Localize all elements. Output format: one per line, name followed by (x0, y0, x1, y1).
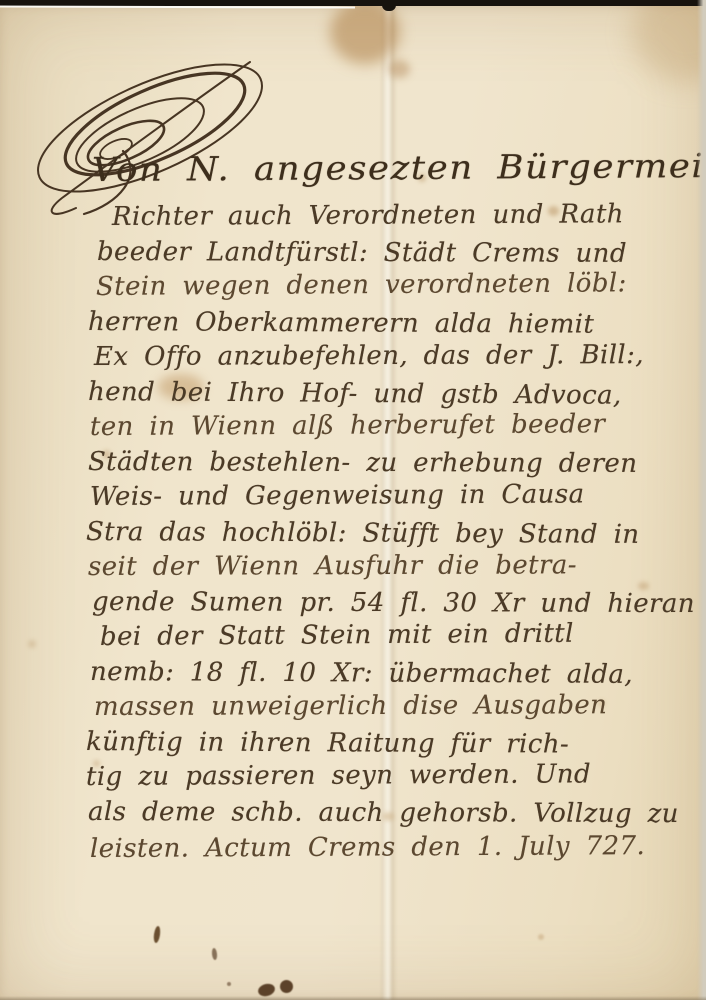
manuscript-line: Stra das hochlöbl: Stüfft bey Stand in (86, 517, 640, 550)
paper-bottom-edge (0, 996, 706, 1000)
calligraphic-flourish-icon (22, 48, 274, 220)
manuscript-line: leisten. Actum Crems den 1. July 727. (90, 831, 645, 864)
manuscript-line: Weis- und Gegenweisung in Causa (90, 479, 585, 512)
manuscript-line: tig zu passieren seyn werden. Und (86, 759, 591, 792)
manuscript-line: ten in Wienn alß herberufet beeder (90, 409, 605, 442)
manuscript-line: herren Oberkammerern alda hiemit (88, 307, 594, 340)
manuscript-line: nemb: 18 fl. 10 Xr: übermachet alda, (90, 657, 633, 690)
manuscript-line: massen unweigerlich dise Ausgaben (94, 690, 607, 722)
ink-spot (227, 982, 231, 986)
manuscript-line: Städten bestehlen- zu erhebung deren (88, 447, 637, 479)
stain (538, 934, 544, 940)
manuscript-line: künftig in ihren Raitung für rich- (86, 727, 569, 760)
manuscript-line: hend bei Ihro Hof- und gstb Advoca, (88, 377, 622, 411)
manuscript-line: bei der Statt Stein mit ein drittl (100, 619, 574, 652)
heading-line: Von N. angesezten Bürgermeister, (92, 145, 706, 189)
manuscript-line: Richter auch Verordneten und Rath (112, 199, 624, 232)
paper-right-edge (697, 0, 706, 1000)
manuscript-line: beeder Landtfürstl: Städt Crems und (97, 237, 627, 269)
paper-sheet: Von N. angesezten Bürgermeister, Richter… (0, 6, 706, 1000)
manuscript-line: als deme schb. auch gehorsb. Vollzug zu (88, 797, 679, 829)
manuscript-line: seit der Wienn Ausfuhr die betra- (88, 550, 577, 582)
manuscript-line: Stein wegen denen verordneten löbl: (96, 268, 627, 302)
manuscript-line: Ex Offo anzubefehlen, das der J. Bill:, (94, 340, 644, 372)
manuscript-line: gende Sumen pr. 54 fl. 30 Xr und hieran (92, 587, 695, 619)
ink-spot (153, 926, 161, 944)
ink-spot (211, 948, 217, 960)
scanned-document: Von N. angesezten Bürgermeister, Richter… (0, 0, 706, 1000)
stain (632, 6, 706, 82)
stain (28, 640, 36, 648)
ink-spot (280, 980, 293, 993)
